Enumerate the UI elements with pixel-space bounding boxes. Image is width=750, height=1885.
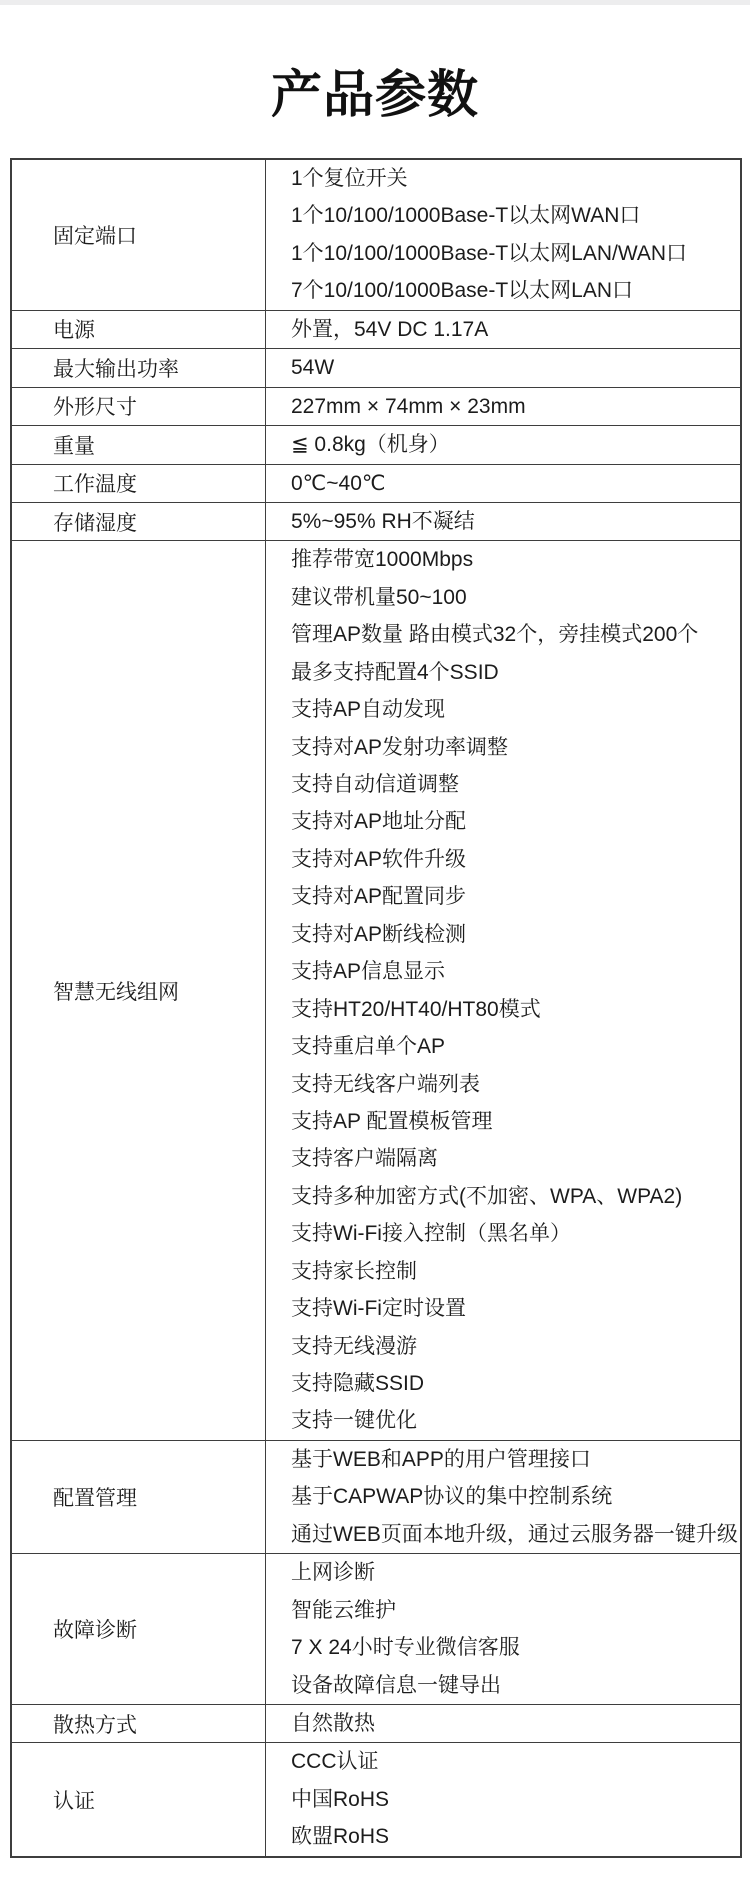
table-row: 最大输出功率54W — [11, 349, 741, 387]
spec-value-line: CCC认证 — [291, 1743, 740, 1780]
spec-value-line: 支持对AP发射功率调整 — [291, 729, 740, 766]
spec-value-line: 支持HT20/HT40/HT80模式 — [291, 991, 740, 1028]
spec-value-line: 支持多种加密方式(不加密、WPA、WPA2) — [291, 1178, 740, 1215]
table-row: 配置管理基于WEB和APP的用户管理接口基于CAPWAP协议的集中控制系统通过W… — [11, 1440, 741, 1553]
page-title: 产品参数 — [0, 64, 750, 126]
spec-value-line: 支持自动信道调整 — [291, 766, 740, 803]
spec-label: 重量 — [11, 426, 266, 464]
spec-value-line: 227mm × 74mm × 23mm — [291, 388, 740, 425]
spec-value-line: 7个10/100/1000Base-T以太网LAN口 — [291, 272, 740, 309]
spec-value-line: 支持一键优化 — [291, 1402, 740, 1439]
spec-values: 基于WEB和APP的用户管理接口基于CAPWAP协议的集中控制系统通过WEB页面… — [266, 1440, 742, 1553]
spec-value-line: 支持Wi-Fi接入控制（黑名单） — [291, 1215, 740, 1252]
spec-value-line: 中国RoHS — [291, 1781, 740, 1818]
spec-values: CCC认证中国RoHS欧盟RoHS — [266, 1743, 742, 1857]
spec-value-line: 1个10/100/1000Base-T以太网LAN/WAN口 — [291, 235, 740, 272]
spec-value-line: 支持无线客户端列表 — [291, 1066, 740, 1103]
spec-label: 固定端口 — [11, 159, 266, 310]
spec-value-line: 基于WEB和APP的用户管理接口 — [291, 1441, 740, 1478]
spec-value-line: 支持AP信息显示 — [291, 953, 740, 990]
spec-value-line: 建议带机量50~100 — [291, 579, 740, 616]
spec-value-line: 推荐带宽1000Mbps — [291, 541, 740, 578]
spec-label: 配置管理 — [11, 1440, 266, 1553]
spec-value-line: 支持家长控制 — [291, 1253, 740, 1290]
spec-value-line: 最多支持配置4个SSID — [291, 654, 740, 691]
table-row: 智慧无线组网推荐带宽1000Mbps建议带机量50~100管理AP数量 路由模式… — [11, 541, 741, 1441]
spec-label: 故障诊断 — [11, 1554, 266, 1705]
table-row: 散热方式自然散热 — [11, 1704, 741, 1742]
spec-values: 1个复位开关1个10/100/1000Base-T以太网WAN口1个10/100… — [266, 159, 742, 310]
spec-value-line: 54W — [291, 349, 740, 386]
spec-value-line: 5%~95% RH不凝结 — [291, 503, 740, 540]
spec-label: 认证 — [11, 1743, 266, 1857]
spec-values: 54W — [266, 349, 742, 387]
spec-value-line: 1个复位开关 — [291, 160, 740, 197]
spec-values: 推荐带宽1000Mbps建议带机量50~100管理AP数量 路由模式32个，旁挂… — [266, 541, 742, 1441]
table-row: 外形尺寸227mm × 74mm × 23mm — [11, 387, 741, 425]
spec-value-line: 外置，54V DC 1.17A — [291, 311, 740, 348]
spec-value-line: 支持重启单个AP — [291, 1028, 740, 1065]
spec-value-line: 支持对AP配置同步 — [291, 878, 740, 915]
spec-values: 227mm × 74mm × 23mm — [266, 387, 742, 425]
spec-value-line: 支持无线漫游 — [291, 1328, 740, 1365]
spec-label: 电源 — [11, 310, 266, 348]
spec-value-line: 基于CAPWAP协议的集中控制系统 — [291, 1478, 740, 1515]
spec-value-line: 0℃~40℃ — [291, 465, 740, 502]
spec-value-line: 欧盟RoHS — [291, 1818, 740, 1855]
product-spec-table: 固定端口1个复位开关1个10/100/1000Base-T以太网WAN口1个10… — [10, 158, 742, 1858]
spec-value-line: ≦ 0.8kg（机身） — [291, 426, 740, 463]
spec-label: 散热方式 — [11, 1704, 266, 1742]
table-row: 电源外置，54V DC 1.17A — [11, 310, 741, 348]
spec-value-line: 设备故障信息一键导出 — [291, 1667, 740, 1704]
spec-values: 自然散热 — [266, 1704, 742, 1742]
spec-value-line: 支持对AP地址分配 — [291, 803, 740, 840]
spec-value-line: 支持Wi-Fi定时设置 — [291, 1290, 740, 1327]
spec-value-line: 7 X 24小时专业微信客服 — [291, 1629, 740, 1666]
spec-values: 上网诊断智能云维护7 X 24小时专业微信客服设备故障信息一键导出 — [266, 1554, 742, 1705]
spec-value-line: 支持AP自动发现 — [291, 691, 740, 728]
table-row: 工作温度0℃~40℃ — [11, 464, 741, 502]
spec-value-line: 上网诊断 — [291, 1554, 740, 1591]
spec-table-body: 固定端口1个复位开关1个10/100/1000Base-T以太网WAN口1个10… — [11, 159, 741, 1857]
spec-values: 0℃~40℃ — [266, 464, 742, 502]
spec-label: 工作温度 — [11, 464, 266, 502]
table-row: 认证CCC认证中国RoHS欧盟RoHS — [11, 1743, 741, 1857]
spec-label: 最大输出功率 — [11, 349, 266, 387]
top-divider-bar — [0, 0, 750, 5]
spec-values: ≦ 0.8kg（机身） — [266, 426, 742, 464]
spec-value-line: 支持客户端隔离 — [291, 1140, 740, 1177]
table-row: 固定端口1个复位开关1个10/100/1000Base-T以太网WAN口1个10… — [11, 159, 741, 310]
table-row: 故障诊断上网诊断智能云维护7 X 24小时专业微信客服设备故障信息一键导出 — [11, 1554, 741, 1705]
spec-value-line: 支持对AP软件升级 — [291, 841, 740, 878]
spec-values: 外置，54V DC 1.17A — [266, 310, 742, 348]
spec-value-line: 1个10/100/1000Base-T以太网WAN口 — [291, 197, 740, 234]
spec-label: 存储湿度 — [11, 502, 266, 540]
spec-label: 智慧无线组网 — [11, 541, 266, 1441]
spec-value-line: 支持隐藏SSID — [291, 1365, 740, 1402]
spec-value-line: 通过WEB页面本地升级，通过云服务器一键升级 — [291, 1516, 740, 1553]
spec-value-line: 支持AP 配置模板管理 — [291, 1103, 740, 1140]
spec-values: 5%~95% RH不凝结 — [266, 502, 742, 540]
spec-value-line: 智能云维护 — [291, 1592, 740, 1629]
spec-value-line: 管理AP数量 路由模式32个，旁挂模式200个 — [291, 616, 740, 653]
spec-value-line: 支持对AP断线检测 — [291, 916, 740, 953]
spec-label: 外形尺寸 — [11, 387, 266, 425]
table-row: 存储湿度5%~95% RH不凝结 — [11, 502, 741, 540]
table-row: 重量≦ 0.8kg（机身） — [11, 426, 741, 464]
spec-value-line: 自然散热 — [291, 1705, 740, 1742]
